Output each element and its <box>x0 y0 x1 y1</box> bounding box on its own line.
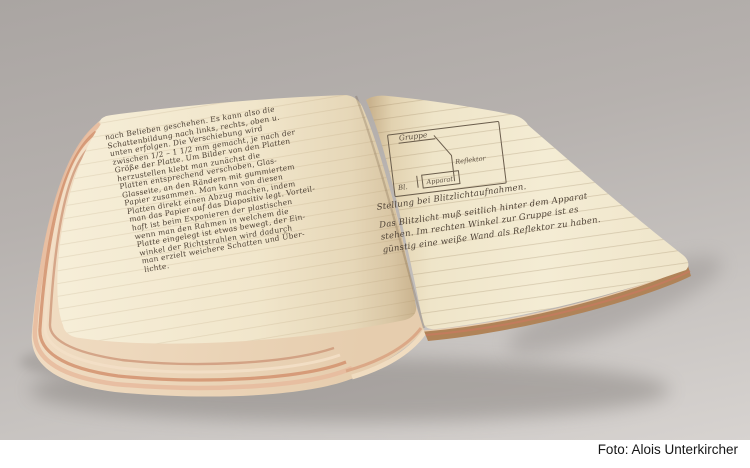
photo-background: Gruppe Reflektor Bl. Apparat nach Belieb… <box>0 0 750 440</box>
diagram-label-bl: Bl. <box>397 183 409 192</box>
credit-bar: Foto: Alois Unterkircher <box>0 440 750 468</box>
photo-credit: Foto: Alois Unterkircher <box>598 440 750 457</box>
screenshot: Gruppe Reflektor Bl. Apparat nach Belieb… <box>0 0 750 468</box>
